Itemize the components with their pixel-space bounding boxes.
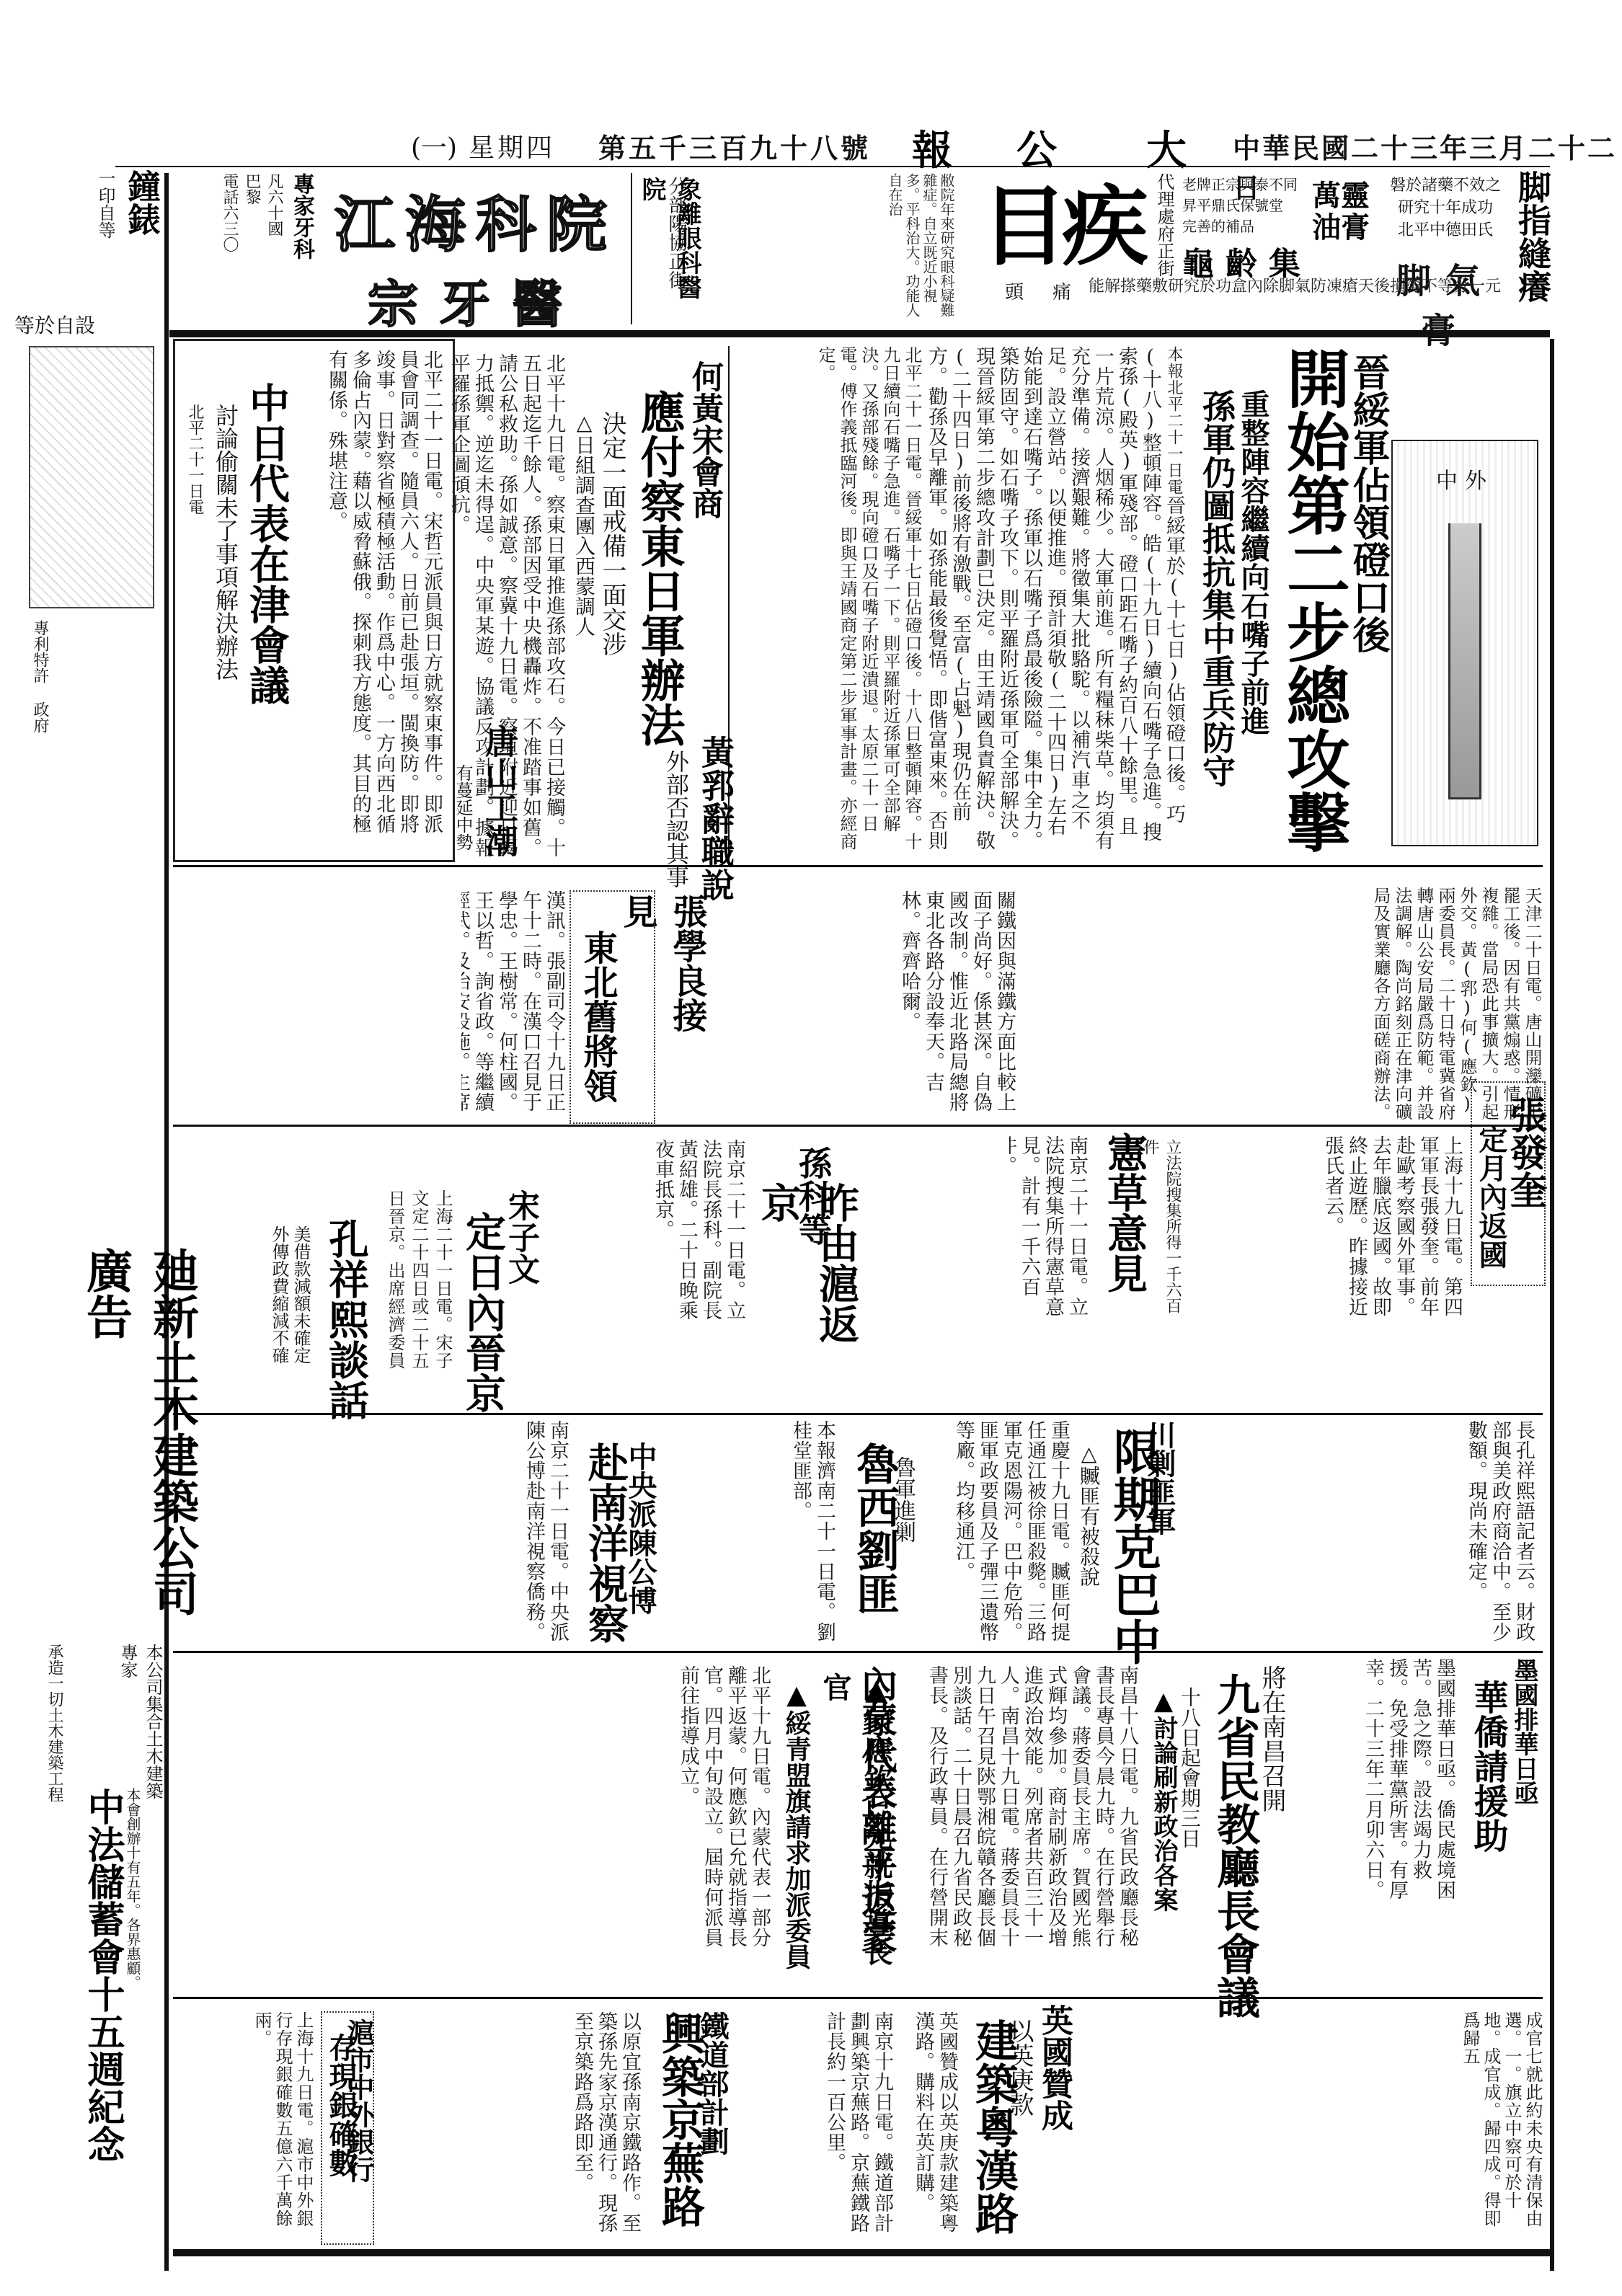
ad-foot-line: 研究十年成功 bbox=[1384, 195, 1507, 218]
lead-sub2: 孫軍仍圖抵抗集中重兵防守 bbox=[1193, 389, 1241, 858]
section-rule-5 bbox=[173, 1997, 1543, 1999]
zhongfa-ad-headline: 中法儲蓄會十五週紀念 bbox=[76, 1788, 130, 2264]
masthead-title-2: 公 bbox=[1016, 119, 1057, 177]
nine-body: 南昌十八日電。九省民政廳長秘書長專員今晨九時。在行營舉行會議。蔣委員長主席。賀國… bbox=[930, 1665, 1139, 1954]
yuehan-headline: 建築粵漢路 bbox=[962, 2018, 1024, 2235]
guan-yi-body: 關鐵因與滿鐵方面比較上面子尚好。係甚深。自偽國改制。惟近北路局總將東北各路分設奉… bbox=[656, 890, 1016, 1121]
mongolia-body: 北平十九日電。內蒙代表一部分離平返蒙。何應欽已允就指導長官。四月中旬設立。屆時何… bbox=[187, 1665, 771, 1954]
ad-dental-line: 巴黎 bbox=[241, 173, 263, 281]
zhang-fakui-body: 上海十九日電。第四軍軍長張發奎。前年赴歐考察國外軍事。去年臘底返國。故即終止遊歷… bbox=[1168, 1135, 1463, 1330]
zhang-xueliang-body: 漢訊。張副司令十九日正午十二時。在漢口召見于學忠。王樹常。何柱國。王以哲。詢省政… bbox=[461, 890, 566, 1121]
mongolia-sub2: ▲綏青盟旗請求加派委員 bbox=[779, 1680, 815, 1982]
section-rule-4 bbox=[173, 1651, 1543, 1653]
yuehan-kicker: 英國贊成 bbox=[1031, 2004, 1077, 2148]
section-rule-3 bbox=[173, 1413, 1543, 1415]
issue-number: 第五千三百九十八號 bbox=[598, 126, 871, 166]
nine-headline: 九省民教廳長會議 bbox=[1204, 1672, 1266, 2047]
photo-zhong-wai: 中外 bbox=[1391, 440, 1538, 846]
ad-wanling-title: 萬靈油膏 bbox=[1312, 180, 1384, 244]
he-sub2: △日組調查團入西蒙調人 bbox=[570, 411, 598, 735]
ad-clock-subtitle: 等於自設 bbox=[14, 310, 95, 339]
construction-ad-headline: 廸新土木建築公司廣告 bbox=[72, 1247, 205, 1651]
lead-body-text: 晉綏軍於(十七日)佔領磴口後。巧(十八)整頓陣容。皓(十九日)續向石嘴子急進。搜… bbox=[926, 346, 1185, 851]
railway-body-cont: 以原宜孫南京鐵路作。至築孫先家京漢通行。現孫至京築路爲路即至。 bbox=[375, 2011, 642, 2242]
tangshan-sub: 有蔓延中勢 bbox=[451, 764, 476, 872]
ad-guiling-title: 龜齡集 bbox=[1182, 238, 1312, 284]
construction-ad-body: 承造一切土木建築工程 bbox=[43, 1644, 66, 1802]
bachong-sub: △贓匪有被殺說 bbox=[1074, 1442, 1103, 1658]
photo-label: 中外 bbox=[1393, 463, 1537, 495]
ad-dental-line: 凡六十國 bbox=[263, 173, 285, 281]
left-column-rule bbox=[164, 173, 169, 2271]
ad-foot-title: 脚指縫癢 bbox=[1514, 170, 1551, 322]
sunke-body: 南京二十一日電。立法院長孫科。副院長黃紹雄。二十日晚乘夜車抵京。 bbox=[620, 1139, 746, 1334]
ad-jianghai-title: 江海科院 bbox=[317, 177, 634, 264]
ad-eye-body: 敝院年來研究眼科疑難雜症。自立既近小視多。平科治大。功能人自在治 bbox=[829, 173, 955, 317]
huangfu-sub: 外部否認其事 bbox=[660, 750, 693, 916]
photo-tower-icon bbox=[1448, 523, 1481, 799]
lead-body-2: 北平二十一日電。晉綏軍十七日佔磴口後。十八日整頓陣容。十九日續向石嘴子急進。石嘴… bbox=[735, 346, 923, 851]
ad-eye-subtitle: 頭痛 bbox=[962, 278, 1143, 304]
sino-japan-sub: 討論偷關未了事項解決辦法 bbox=[209, 404, 242, 743]
silver-sub: 存現銀確數 bbox=[321, 2033, 362, 2206]
ad-jianghai-subtitle: 宗牙醫 bbox=[317, 264, 634, 337]
masthead-title-1: 大 bbox=[1146, 119, 1187, 177]
ad-dental-line: 電話六三〇 bbox=[218, 173, 241, 281]
bachong-body: 重慶十九日電。贓匪何提任通江被徐匪殺斃。三路軍克恩陽河。巴中危殆。匪軍政要員及子… bbox=[937, 1420, 1071, 1658]
masthead: (一) 星期四 第五千三百九十八號 報 公 大 中華民國二十三年三月二十二日 bbox=[0, 119, 1622, 162]
ad-dental: 專家牙科 凡六十國 巴黎 電話六三〇 bbox=[173, 173, 317, 324]
luxi-body: 本報濟南二十一日電。劉桂堂匪部。 bbox=[757, 1420, 836, 1658]
ad-column-text: 專利特許 政府 bbox=[29, 620, 51, 836]
railway-headline: 興築京蕪路 bbox=[649, 2011, 711, 2249]
he-sub: 決定一面戒備一面交涉 bbox=[595, 411, 630, 735]
section-rule-2 bbox=[173, 1125, 1543, 1127]
ad-band-rule bbox=[169, 330, 1550, 337]
silver-body: 上海十九日電。滬市中外銀行存現銀確數五億六千萬餘兩。 bbox=[180, 2011, 314, 2242]
masthead-rule bbox=[115, 166, 1550, 167]
ad-jianghai: 江海科院 宗牙醫 bbox=[317, 177, 634, 321]
bachong-sub2: 川剿匪軍 bbox=[1139, 1420, 1180, 1564]
zhongfa-ad-body: 本會創辦十有五年。各界惠顧。 bbox=[123, 1788, 143, 2264]
sino-japan-dateline: 北平二十一日電 bbox=[184, 404, 206, 584]
ad-eye-title: 目疾 bbox=[962, 177, 1143, 278]
ad-clock: 鐘錶 一印自等 等於自設 bbox=[14, 169, 166, 335]
page-number: (一) bbox=[411, 128, 457, 164]
lead-headline: 開始第二步總攻擊 bbox=[1269, 346, 1360, 865]
lead-dateline: 本報北平二十一日電 bbox=[1165, 346, 1183, 495]
zhang-fakui-sub: 定月內返國 bbox=[1471, 1125, 1512, 1283]
clock-illustration-icon bbox=[29, 346, 154, 608]
section-rule-1 bbox=[173, 865, 1543, 867]
ad-foot-line: 磐於諸藥不效之 bbox=[1384, 173, 1507, 195]
finance-body: 長孔祥熙語記者云。財政部與美政府商洽中。至少數額。現尚未確定。 bbox=[1168, 1420, 1535, 1658]
ad-clock-title: 鐘錶 bbox=[118, 169, 166, 270]
sino-japan-headline: 中日代表在津會議 bbox=[238, 382, 296, 757]
mongolia-sub1: ▲何應欽已允就指導長官 bbox=[815, 1672, 897, 1975]
tangshan-headline-main: 唐山工潮 bbox=[476, 724, 523, 869]
weekday: 星期四 bbox=[469, 128, 555, 164]
kong-sub2: 外傳政費縮減不確 bbox=[267, 1225, 292, 1391]
yuehan-body: 英國贊成以英庚款建築粵漢路。購料在英訂購。 bbox=[901, 2011, 959, 2242]
kong-headline: 孔祥熙談話 bbox=[317, 1218, 375, 1420]
ad-divider bbox=[631, 173, 632, 324]
commissioner-body: 南京二十一日電。中央派陳公博赴南洋視察僑務。 bbox=[447, 1420, 570, 1658]
songziwen-body: 上海二十一日電。宋子文定二十四日或二十五日晉京。出席經濟委員會會。(廣) bbox=[389, 1189, 454, 1384]
railway-body: 南京十九日電。鐵道部計劃興築京蕪路。京蕪鐵路計長約一百公里。 bbox=[714, 2011, 894, 2242]
bottom-body-right: 成官七就此約未央有清保由選。一。旗立中察可於十地。成官成。歸四成。得即爲歸五 bbox=[1168, 2011, 1543, 2242]
ad-xiangli-address: 分部陽協正街 bbox=[663, 177, 690, 321]
ad-eye-disease: 目疾 頭痛 bbox=[962, 177, 1143, 303]
overseas-headline: 華僑請援助 bbox=[1463, 1680, 1513, 1881]
ad-agent: 代理處府正街 bbox=[1152, 173, 1177, 288]
ad-foot-line: 北平中德田氏 bbox=[1384, 218, 1507, 240]
ad-clock-note: 一印自等 bbox=[93, 169, 118, 270]
caoan-body: 南京二十一日電。立法院搜集所得憲草意見。計有一千六百件。 bbox=[1009, 1135, 1089, 1330]
construction-ad-sub: 本公司集合土木建築專家 bbox=[115, 1644, 166, 1802]
sunke-sub: 昨由滬返京 bbox=[750, 1182, 865, 1370]
songziwen-sub: 定日內晉京 bbox=[454, 1211, 512, 1413]
zhang-xueliang-frame bbox=[570, 890, 655, 1124]
sino-japan-body: 北平二十一日電。宋哲元派員與日方就察東事件。即派員會同調查。隨員六人。日前已赴張… bbox=[281, 350, 443, 847]
bottom-rule bbox=[173, 2249, 1550, 2256]
ad-foot-body: 能解搽藥敷研究於功盒內除脚氣防凍瘡天後損勞不等分一元 bbox=[1089, 278, 1507, 335]
luxi-sub: 魯軍進剿 bbox=[887, 1456, 918, 1600]
ad-foot-medicine: 脚指縫癢 bbox=[1514, 170, 1572, 322]
right-border-rule bbox=[1550, 339, 1554, 2271]
ad-dental-title: 專家牙科 bbox=[285, 173, 317, 281]
commissioner-sub: 赴南洋視察 bbox=[577, 1442, 634, 1658]
nine-sub2: ▲討論刷新政治各案 bbox=[1146, 1687, 1182, 1990]
kong-sub1: 美借款減額未確定 bbox=[288, 1225, 314, 1391]
overseas-body: 墨國排華日亟。僑民處境困苦。急之際。設法竭力救援。免受排華黨所害。有厚幸。二十三… bbox=[1305, 1658, 1456, 1918]
lead-body: 本報北平二十一日電晉綏軍於(十七日)佔領磴口後。巧(十八)整頓陣容。皓(十九日)… bbox=[926, 346, 1186, 851]
masthead-title-3: 報 bbox=[912, 119, 952, 177]
huangfu-headline-main: 黃郛辭職說 bbox=[692, 735, 740, 901]
